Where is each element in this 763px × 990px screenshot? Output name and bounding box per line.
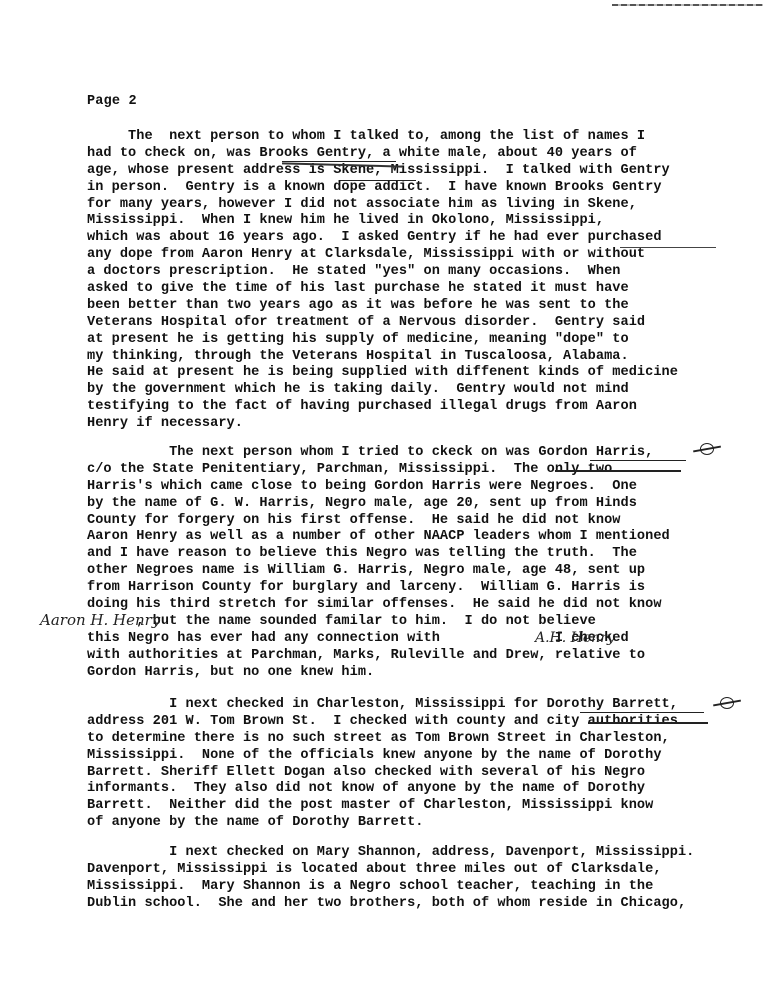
handwritten-margin-note: Aaron H. Henry	[40, 611, 160, 629]
text-line: asked to give the time of his last purch…	[87, 281, 763, 298]
paragraph-brooks-gentry: The next person to whom I talked to, amo…	[87, 129, 763, 433]
text-line: been better than two years ago as it was…	[87, 298, 763, 315]
text-line: Mississippi. Mary Shannon is a Negro sch…	[87, 879, 763, 896]
text-line: Henry if necessary.	[87, 416, 763, 433]
paragraph-dorothy-barrett: I next checked in Charleston, Mississipp…	[87, 697, 763, 832]
text-line: He said at present he is being supplied …	[87, 365, 763, 382]
text-line: Veterans Hospital ofor treatment of a Ne…	[87, 315, 763, 332]
text-line: in person. Gentry is a known dope addict…	[87, 180, 763, 197]
text-line: of anyone by the name of Dorothy Barrett…	[87, 815, 763, 832]
underline-brooks-gentry	[282, 161, 396, 162]
text-line: Barrett. Sheriff Ellett Dogan also check…	[87, 765, 763, 782]
text-line: this Negro has ever had any connection w…	[87, 631, 763, 648]
text-line: Gordon Harris, but no one knew him.	[87, 665, 763, 682]
strikethrough-address	[340, 180, 416, 181]
text-line: , but the name sounded familar to him. I…	[87, 614, 763, 631]
text-line: other Negroes name is William G. Harris,…	[87, 563, 763, 580]
text-line: Mississippi. None of the officials knew …	[87, 748, 763, 765]
text-line: and I have reason to believe this Negro …	[87, 546, 763, 563]
underline-gordon-harris	[590, 460, 686, 461]
text-line: testifying to the fact of having purchas…	[87, 399, 763, 416]
text-line: my thinking, through the Veterans Hospit…	[87, 349, 763, 366]
handwritten-inline-note: A.H. Henry	[535, 630, 615, 646]
page-number: Page 2	[87, 94, 137, 109]
paragraph-gordon-harris: The next person whom I tried to ckeck on…	[87, 445, 763, 681]
text-line: County for forgery on his first offense.…	[87, 513, 763, 530]
text-line: The next person to whom I talked to, amo…	[87, 129, 763, 146]
text-line: Aaron Henry as well as a number of other…	[87, 529, 763, 546]
text-line: with authorities at Parchman, Marks, Rul…	[87, 648, 763, 665]
text-line: Davenport, Mississippi is located about …	[87, 862, 763, 879]
paragraph-mary-shannon: I next checked on Mary Shannon, address,…	[87, 845, 763, 913]
text-line: Dublin school. She and her two brothers,…	[87, 896, 763, 913]
text-line: by the name of G. W. Harris, Negro male,…	[87, 496, 763, 513]
scan-edge-artifact	[612, 4, 763, 6]
underline-purchased	[620, 247, 716, 248]
handwritten-strike-city-authorities	[588, 722, 708, 724]
handwritten-circle-mark	[700, 443, 714, 455]
text-line: to determine there is no such street as …	[87, 731, 763, 748]
text-line: doing his third stretch for similar offe…	[87, 597, 763, 614]
text-line: any dope from Aaron Henry at Clarksdale,…	[87, 247, 763, 264]
text-line: by the government which he is taking dai…	[87, 382, 763, 399]
text-line: Barrett. Neither did the post master of …	[87, 798, 763, 815]
text-line: informants. They also did not know of an…	[87, 781, 763, 798]
text-line: a doctors prescription. He stated "yes" …	[87, 264, 763, 281]
text-line: at present he is getting his supply of m…	[87, 332, 763, 349]
handwritten-circle-mark	[720, 697, 734, 709]
text-line: from Harrison County for burglary and la…	[87, 580, 763, 597]
text-line: which was about 16 years ago. I asked Ge…	[87, 230, 763, 247]
underline-dorothy-barrett	[580, 712, 704, 713]
text-line: had to check on, was Brooks Gentry, a wh…	[87, 146, 763, 163]
text-line: Harris's which came close to being Gordo…	[87, 479, 763, 496]
handwritten-strike-only-two	[555, 470, 681, 472]
text-line: I next checked on Mary Shannon, address,…	[87, 845, 763, 862]
text-line: Mississippi. When I knew him he lived in…	[87, 213, 763, 230]
text-line: for many years, however I did not associ…	[87, 197, 763, 214]
text-line: age, whose present address is Skene, Mis…	[87, 163, 763, 180]
